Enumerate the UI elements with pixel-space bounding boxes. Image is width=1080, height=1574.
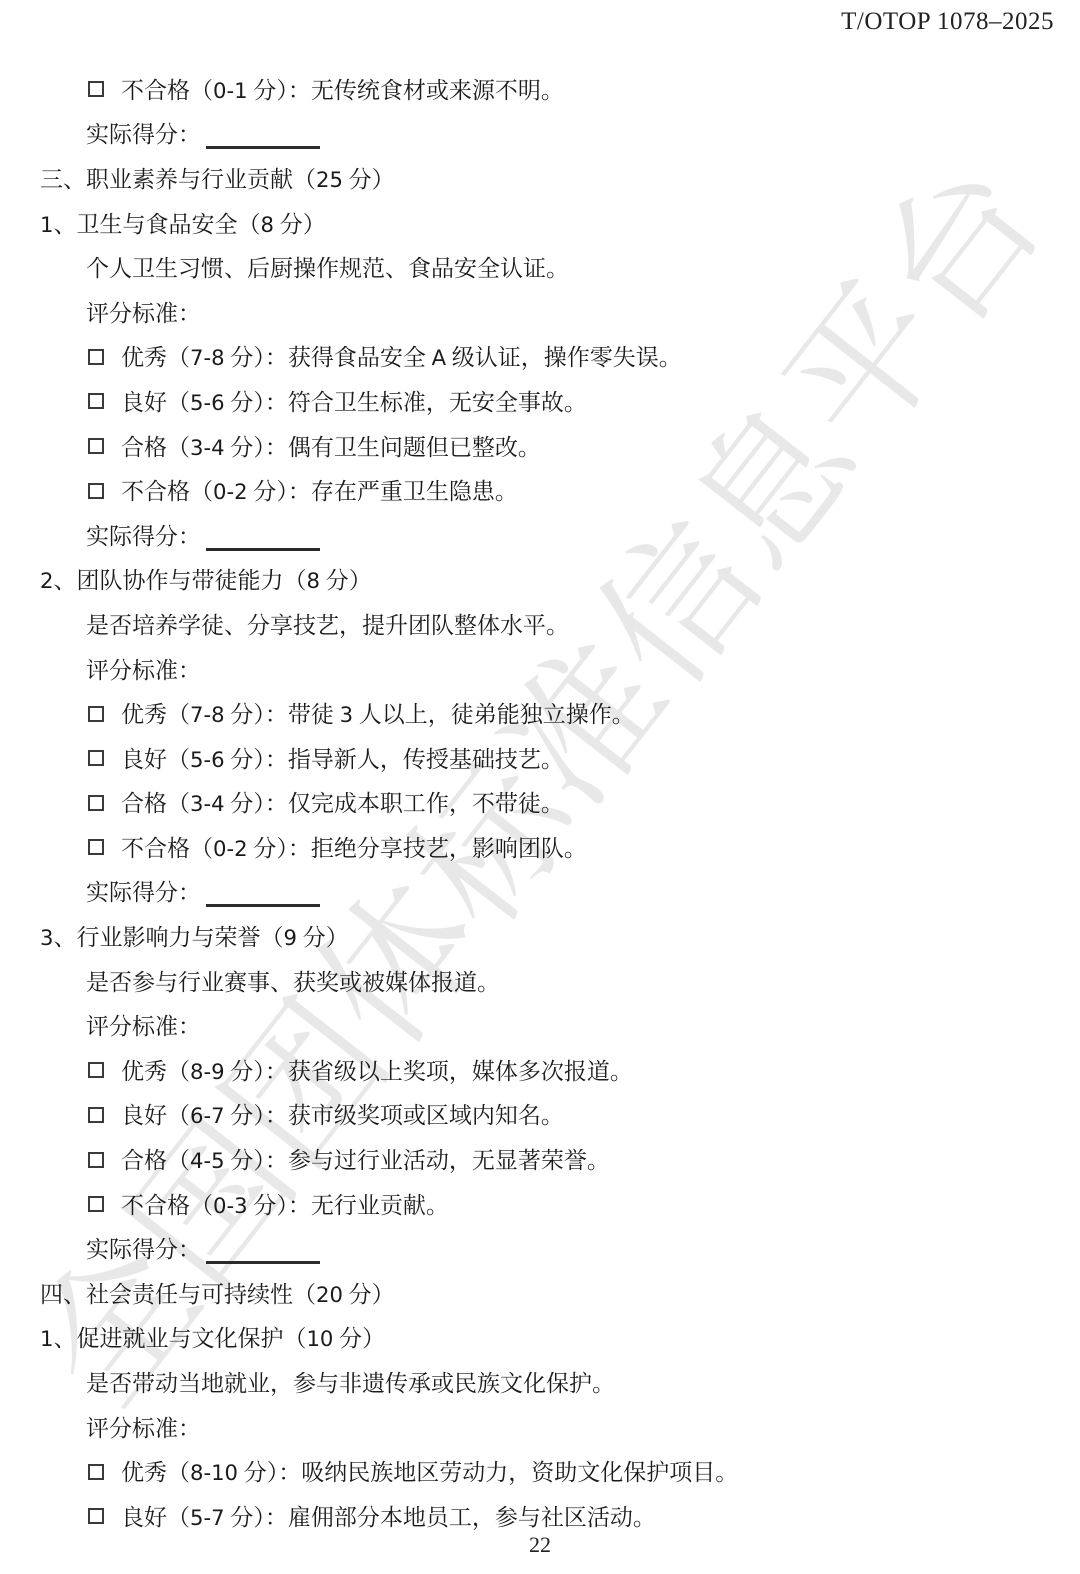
- item-heading-text: 1、卫生与食品安全（8 分）: [40, 206, 326, 239]
- latin-text: 8: [306, 568, 319, 593]
- latin-text: 9: [283, 925, 296, 950]
- checkbox-icon[interactable]: [88, 81, 104, 97]
- option-text: 优秀（7-8 分）：获得食品安全 A 级认证，操作零失误。: [121, 339, 682, 372]
- checkbox-icon[interactable]: [88, 393, 104, 409]
- item-heading-text: 3、行业影响力与荣誉（9 分）: [40, 919, 349, 952]
- score-blank-field[interactable]: [206, 518, 320, 551]
- latin-text: 4-5: [190, 1148, 225, 1173]
- item-heading-text: 1、促进就业与文化保护（10 分）: [40, 1320, 385, 1353]
- score-label: 实际得分：: [86, 518, 201, 551]
- option-text: 优秀（8-9 分）：获省级以上奖项，媒体多次报道。: [121, 1053, 633, 1086]
- checklist-option: 优秀（8-10 分）：吸纳民族地区劳动力，资助文化保护项目。: [0, 1448, 1080, 1493]
- checkbox-icon[interactable]: [88, 795, 104, 811]
- checklist-option: 优秀（7-8 分）：获得食品安全 A 级认证，操作零失误。: [0, 334, 1080, 379]
- latin-text: 8-10: [190, 1460, 238, 1485]
- option-text: 合格（3-4 分）：偶有卫生问题但已整改。: [121, 429, 541, 462]
- description-text-text: 个人卫生习惯、后厨操作规范、食品安全认证。: [86, 250, 569, 283]
- option-text: 优秀（8-10 分）：吸纳民族地区劳动力，资助文化保护项目。: [121, 1454, 738, 1487]
- latin-text: 3-4: [190, 791, 225, 816]
- checkbox-icon[interactable]: [88, 438, 104, 454]
- document-code-header: T/OTOP 1078–2025: [841, 8, 1054, 36]
- latin-text: 6-7: [190, 1103, 225, 1128]
- checklist-option: 合格（3-4 分）：偶有卫生问题但已整改。: [0, 423, 1080, 468]
- latin-text: 0-2: [213, 479, 248, 504]
- criteria-label-text: 评分标准：: [86, 295, 201, 328]
- checkbox-icon[interactable]: [88, 1062, 104, 1078]
- section-heading-text: 四、社会责任与可持续性（20 分）: [40, 1276, 395, 1309]
- score-blank-field[interactable]: [206, 874, 320, 907]
- checkbox-icon[interactable]: [88, 349, 104, 365]
- score-blank-field[interactable]: [206, 1231, 320, 1264]
- checkbox-icon[interactable]: [88, 1107, 104, 1123]
- checkbox-icon[interactable]: [88, 706, 104, 722]
- description-text-text: 是否培养学徒、分享技艺，提升团队整体水平。: [86, 607, 569, 640]
- description-text-text: 是否带动当地就业，参与非遗传承或民族文化保护。: [86, 1365, 615, 1398]
- description-text: 是否参与行业赛事、获奖或被媒体报道。: [0, 958, 1080, 1003]
- checkbox-icon[interactable]: [88, 839, 104, 855]
- latin-text: 5-6: [190, 390, 225, 415]
- score-line: 实际得分：: [0, 1225, 1080, 1270]
- checkbox-icon[interactable]: [88, 1508, 104, 1524]
- latin-text: 5-7: [190, 1505, 225, 1530]
- latin-text: 0-1: [213, 78, 248, 103]
- score-line: 实际得分：: [0, 869, 1080, 914]
- criteria-label-text: 评分标准：: [86, 652, 201, 685]
- page-number: 22: [0, 1532, 1080, 1558]
- description-text: 是否培养学徒、分享技艺，提升团队整体水平。: [0, 601, 1080, 646]
- option-text: 良好（6-7 分）：获市级奖项或区域内知名。: [121, 1097, 564, 1130]
- section-heading: 四、社会责任与可持续性（20 分）: [0, 1270, 1080, 1315]
- latin-text: 8-9: [190, 1059, 225, 1084]
- option-text: 不合格（0-2 分）：存在严重卫生隐患。: [121, 473, 518, 506]
- option-text: 合格（4-5 分）：参与过行业活动，无显著荣誉。: [121, 1142, 610, 1175]
- checklist-option: 优秀（8-9 分）：获省级以上奖项，媒体多次报道。: [0, 1047, 1080, 1092]
- latin-text: 0-3: [213, 1193, 248, 1218]
- checklist-option: 良好（5-6 分）：符合卫生标准，无安全事故。: [0, 378, 1080, 423]
- checklist-option: 不合格（0-2 分）：拒绝分享技艺，影响团队。: [0, 824, 1080, 869]
- checklist-option: 不合格（0-2 分）：存在严重卫生隐患。: [0, 467, 1080, 512]
- checkbox-icon[interactable]: [88, 1152, 104, 1168]
- checklist-option: 优秀（7-8 分）：带徒 3 人以上，徒弟能独立操作。: [0, 690, 1080, 735]
- item-heading: 3、行业影响力与荣誉（9 分）: [0, 913, 1080, 958]
- criteria-label: 评分标准：: [0, 1404, 1080, 1449]
- option-text: 良好（5-6 分）：指导新人，传授基础技艺。: [121, 741, 564, 774]
- score-line: 实际得分：: [0, 111, 1080, 156]
- score-label: 实际得分：: [86, 1231, 201, 1264]
- item-heading: 2、团队协作与带徒能力（8 分）: [0, 557, 1080, 602]
- latin-text: A: [432, 345, 446, 370]
- checkbox-icon[interactable]: [88, 483, 104, 499]
- criteria-label: 评分标准：: [0, 289, 1080, 334]
- checklist-option: 不合格（0-3 分）：无行业贡献。: [0, 1181, 1080, 1226]
- section-heading-text: 三、职业素养与行业贡献（25 分）: [40, 161, 395, 194]
- score-label: 实际得分：: [86, 116, 201, 149]
- item-heading-text: 2、团队协作与带徒能力（8 分）: [40, 562, 372, 595]
- description-text-text: 是否参与行业赛事、获奖或被媒体报道。: [86, 964, 500, 997]
- criteria-label-text: 评分标准：: [86, 1008, 201, 1041]
- latin-text: 8: [260, 212, 273, 237]
- score-blank-field[interactable]: [206, 116, 320, 149]
- option-text: 优秀（7-8 分）：带徒 3 人以上，徒弟能独立操作。: [121, 696, 635, 729]
- latin-text: 1: [40, 1326, 53, 1351]
- checklist-option: 合格（4-5 分）：参与过行业活动，无显著荣誉。: [0, 1136, 1080, 1181]
- latin-text: 20: [316, 1282, 343, 1307]
- checklist-option: 良好（5-6 分）：指导新人，传授基础技艺。: [0, 735, 1080, 780]
- option-text: 良好（5-6 分）：符合卫生标准，无安全事故。: [121, 384, 587, 417]
- latin-text: 3-4: [190, 435, 225, 460]
- checkbox-icon[interactable]: [88, 1464, 104, 1480]
- latin-text: 3: [40, 925, 53, 950]
- checklist-option: 合格（3-4 分）：仅完成本职工作，不带徒。: [0, 780, 1080, 825]
- criteria-label: 评分标准：: [0, 646, 1080, 691]
- document-body: 不合格（0-1 分）：无传统食材或来源不明。实际得分：三、职业素养与行业贡献（2…: [0, 66, 1080, 1538]
- option-text: 不合格（0-1 分）：无传统食材或来源不明。: [121, 72, 564, 105]
- checkbox-icon[interactable]: [88, 1196, 104, 1212]
- item-heading: 1、卫生与食品安全（8 分）: [0, 200, 1080, 245]
- checklist-option: 良好（5-7 分）：雇佣部分本地员工，参与社区活动。: [0, 1493, 1080, 1538]
- latin-text: 1: [40, 212, 53, 237]
- description-text: 是否带动当地就业，参与非遗传承或民族文化保护。: [0, 1359, 1080, 1404]
- checklist-option: 良好（6-7 分）：获市级奖项或区域内知名。: [0, 1092, 1080, 1137]
- latin-text: 10: [306, 1326, 333, 1351]
- latin-text: 5-6: [190, 747, 225, 772]
- latin-text: 25: [316, 167, 343, 192]
- option-text: 不合格（0-2 分）：拒绝分享技艺，影响团队。: [121, 830, 587, 863]
- option-text: 合格（3-4 分）：仅完成本职工作，不带徒。: [121, 785, 564, 818]
- item-heading: 1、促进就业与文化保护（10 分）: [0, 1315, 1080, 1360]
- option-text: 良好（5-7 分）：雇佣部分本地员工，参与社区活动。: [121, 1499, 656, 1532]
- section-heading: 三、职业素养与行业贡献（25 分）: [0, 155, 1080, 200]
- latin-text: 7-8: [190, 702, 225, 727]
- description-text: 个人卫生习惯、后厨操作规范、食品安全认证。: [0, 244, 1080, 289]
- score-line: 实际得分：: [0, 512, 1080, 557]
- latin-text: 3: [340, 702, 353, 727]
- checkbox-icon[interactable]: [88, 750, 104, 766]
- criteria-label-text: 评分标准：: [86, 1410, 201, 1443]
- criteria-label: 评分标准：: [0, 1002, 1080, 1047]
- option-text: 不合格（0-3 分）：无行业贡献。: [121, 1187, 449, 1220]
- checklist-option: 不合格（0-1 分）：无传统食材或来源不明。: [0, 66, 1080, 111]
- latin-text: 7-8: [190, 345, 225, 370]
- score-label: 实际得分：: [86, 874, 201, 907]
- latin-text: 0-2: [213, 836, 248, 861]
- latin-text: 2: [40, 568, 53, 593]
